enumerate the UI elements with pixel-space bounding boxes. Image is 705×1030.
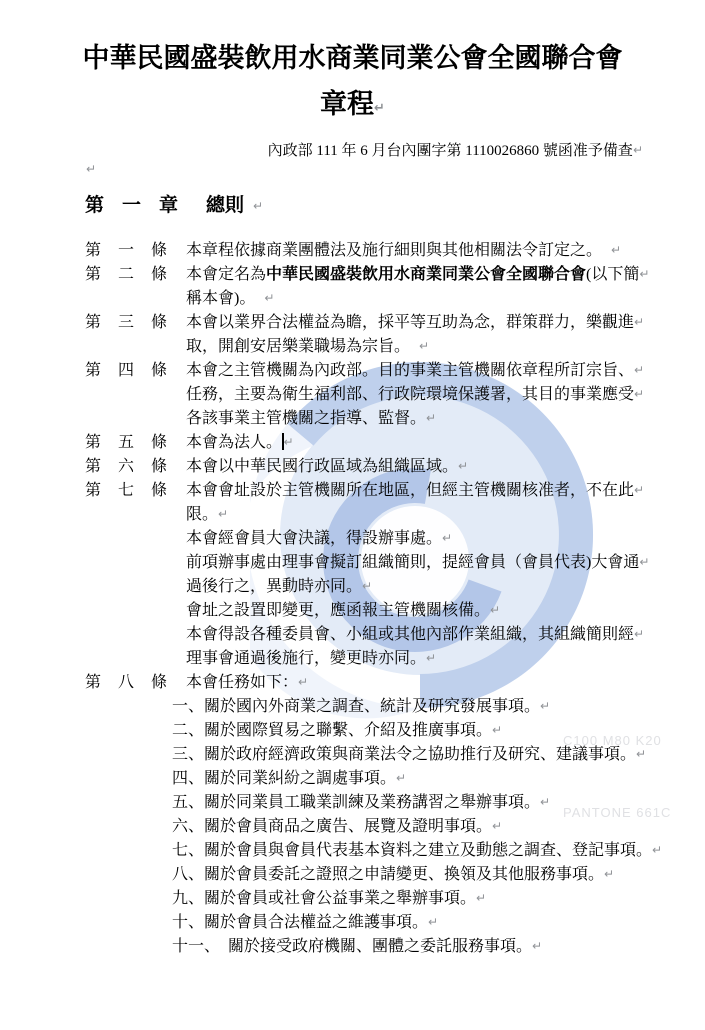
paragraph-mark-icon: ↵ <box>458 459 468 473</box>
title-text: 章程 <box>320 89 374 119</box>
line-text: 二、關於國際貿易之聯繫、介紹及推廣事項。 <box>172 722 492 739</box>
paragraph-mark-icon: ↵ <box>426 651 436 665</box>
article-number: 八 <box>118 671 151 695</box>
article-suffix: 條 <box>151 263 186 287</box>
article-prefix: 第 <box>85 239 118 263</box>
paragraph-mark-icon: ↵ <box>652 843 662 857</box>
empty-paragraph[interactable]: ↵ <box>0 161 705 178</box>
line-text: 七、關於會員與會員代表基本資料之建立及動態之調查、登記事項。 <box>172 842 652 859</box>
article-prefix: 第 <box>85 479 118 503</box>
line-text: 三、關於政府經濟政策與商業法令之協助推行及研究、建議事項。 <box>172 746 636 763</box>
paragraph-mark-icon: ↵ <box>540 699 550 713</box>
list-item-line[interactable]: 四、關於同業糾紛之調處事項。↵ <box>0 766 705 790</box>
article-number: 七 <box>118 479 151 503</box>
continuation-line[interactable]: 限。↵ <box>0 502 705 526</box>
approval-note: 內政部 111 年 6 月台內團字第 1110026860 號函准予備查↵ <box>0 141 705 161</box>
list-item-line[interactable]: 一、關於國內外商業之調查、統計及研究發展事項。↵ <box>0 694 705 718</box>
paragraph-mark-icon: ↵ <box>636 747 646 761</box>
paragraph-mark-icon: ↵ <box>218 507 228 521</box>
chapter-title: 總則 <box>206 195 244 216</box>
list-item-line[interactable]: 八、關於會員委託之證照之申請變更、換領及其他服務事項。↵ <box>0 862 705 886</box>
article-line[interactable]: 第四條本會之主管機關為內政部。目的事業主管機關依章程所訂宗旨、↵ <box>0 358 705 382</box>
article-line[interactable]: 第八條本會任務如下：↵ <box>0 670 705 694</box>
paragraph-mark-icon: ↵ <box>426 411 436 425</box>
line-text: 八、關於會員委託之證照之申請變更、換領及其他服務事項。 <box>172 866 604 883</box>
continuation-line[interactable]: 各該事業主管機關之指導、監督。↵ <box>0 406 705 430</box>
continuation-line[interactable]: 取，開創安居樂業職場為宗旨。↵ <box>0 334 705 358</box>
paragraph-mark-icon: ↵ <box>264 291 274 305</box>
paragraph-mark-icon: ↵ <box>639 555 649 569</box>
paragraph-mark-icon: ↵ <box>604 867 614 881</box>
line-text: 過後行之，異動時亦同。 <box>186 578 362 595</box>
article-suffix: 條 <box>151 311 186 335</box>
list-item-line[interactable]: 五、關於同業員工職業訓練及業務講習之舉辦事項。↵ <box>0 790 705 814</box>
article-number: 一 <box>118 239 151 263</box>
article-prefix: 第 <box>85 359 118 383</box>
document-title-line2: 章程↵ <box>0 87 705 126</box>
paragraph-mark-icon: ↵ <box>374 101 385 116</box>
paragraph-mark-icon: ↵ <box>442 531 452 545</box>
article-number: 六 <box>118 455 151 479</box>
paragraph-mark-icon: ↵ <box>540 795 550 809</box>
continuation-line[interactable]: 本會得設各種委員會、小組或其他內部作業組織，其組織簡則經↵ <box>0 622 705 646</box>
paragraph-mark-icon: ↵ <box>634 363 644 377</box>
list-item-line[interactable]: 九、關於會員或社會公益事業之舉辦事項。↵ <box>0 886 705 910</box>
article-suffix: 條 <box>151 239 186 263</box>
paragraph-mark-icon: ↵ <box>633 143 643 157</box>
paragraph-mark-icon: ↵ <box>86 162 96 176</box>
article-prefix: 第 <box>85 671 118 695</box>
article-number: 五 <box>118 431 151 455</box>
line-text: 本會為法人。 <box>186 434 282 451</box>
paragraph-mark-icon: ↵ <box>634 387 644 401</box>
article-number: 三 <box>118 311 151 335</box>
paragraph-mark-icon: ↵ <box>253 199 263 213</box>
line-text: 本會定名為 <box>186 266 266 283</box>
approval-text: 內政部 111 年 6 月台內團字第 1110026860 號函准予備查 <box>268 143 633 159</box>
paragraph-mark-icon: ↵ <box>362 579 372 593</box>
chapter-heading[interactable]: 第一章總則↵ <box>0 192 705 220</box>
continuation-line[interactable]: 本會經會員大會決議，得設辦事處。↵ <box>0 526 705 550</box>
continuation-line[interactable]: 過後行之，異動時亦同。↵ <box>0 574 705 598</box>
paragraph-mark-icon: ↵ <box>634 315 644 329</box>
article-suffix: 條 <box>151 479 186 503</box>
list-item-line[interactable]: 二、關於國際貿易之聯繫、介紹及推廣事項。↵ <box>0 718 705 742</box>
paragraph-mark-icon: ↵ <box>396 771 406 785</box>
article-line[interactable]: 第七條本會會址設於主管機關所在地區，但經主管機關核准者，不在此↵ <box>0 478 705 502</box>
line-text: 取，開創安居樂業職場為宗旨。 <box>186 338 410 355</box>
article-line[interactable]: 第三條本會以業界合法權益為瞻，採平等互助為念，群策群力，樂觀進↵ <box>0 310 705 334</box>
line-text: 中華民國盛裝飲用水商業同業公會全國聯合會 <box>266 266 586 283</box>
line-text: 六、關於會員商品之廣告、展覽及證明事項。 <box>172 818 492 835</box>
line-text: 本會以業界合法權益為瞻，採平等互助為念，群策群力，樂觀進 <box>186 314 634 331</box>
paragraph-mark-icon: ↵ <box>634 483 644 497</box>
article-number: 二 <box>118 263 151 287</box>
paragraph-mark-icon: ↵ <box>492 723 502 737</box>
continuation-line[interactable]: 前項辦事處由理事會擬訂組織簡則，提經會員（會員代表)大會通↵ <box>0 550 705 574</box>
line-text: 前項辦事處由理事會擬訂組織簡則，提經會員（會員代表)大會通 <box>186 554 639 571</box>
line-text: 理事會通過後施行，變更時亦同。 <box>186 650 426 667</box>
paragraph-mark-icon: ↵ <box>634 627 644 641</box>
line-text: 本章程依據商業團體法及施行細則與其他相關法令訂定之。 <box>186 242 602 259</box>
line-text: 任務，主要為衛生福利部、行政院環境保護署，其目的事業應受 <box>186 386 634 403</box>
article-suffix: 條 <box>151 671 186 695</box>
paragraph-mark-icon: ↵ <box>476 891 486 905</box>
article-prefix: 第 <box>85 455 118 479</box>
paragraph-mark-icon: ↵ <box>532 939 542 953</box>
document-body: 第一條本章程依據商業團體法及施行細則與其他相關法令訂定之。↵第二條本會定名為中華… <box>0 238 705 958</box>
line-text: 十、關於會員合法權益之維護事項。 <box>172 914 428 931</box>
article-suffix: 條 <box>151 431 186 455</box>
line-text: 五、關於同業員工職業訓練及業務講習之舉辦事項。 <box>172 794 540 811</box>
line-text: 本會得設各種委員會、小組或其他內部作業組織，其組織簡則經 <box>186 626 634 643</box>
paragraph-mark-icon: ↵ <box>492 819 502 833</box>
line-text: 一、關於國內外商業之調查、統計及研究發展事項。 <box>172 698 540 715</box>
list-item-line[interactable]: 十一、 關於接受政府機關、團體之委託服務事項。↵ <box>0 934 705 958</box>
article-prefix: 第 <box>85 263 118 287</box>
list-item-line[interactable]: 三、關於政府經濟政策與商業法令之協助推行及研究、建議事項。↵ <box>0 742 705 766</box>
paragraph-mark-icon: ↵ <box>639 267 649 281</box>
paragraph-mark-icon: ↵ <box>611 243 621 257</box>
continuation-line[interactable]: 會址之設置即變更，應函報主管機關核備。↵ <box>0 598 705 622</box>
continuation-line[interactable]: 理事會通過後施行，變更時亦同。↵ <box>0 646 705 670</box>
paragraph-mark-icon: ↵ <box>284 435 294 449</box>
line-text: 各該事業主管機關之指導、監督。 <box>186 410 426 427</box>
article-prefix: 第 <box>85 311 118 335</box>
paragraph-mark-icon: ↵ <box>428 915 438 929</box>
continuation-line[interactable]: 稱本會)。↵ <box>0 286 705 310</box>
article-line[interactable]: 第五條本會為法人。↵ <box>0 430 705 454</box>
line-text: 本會任務如下： <box>186 674 298 691</box>
article-suffix: 條 <box>151 455 186 479</box>
paragraph-mark-icon: ↵ <box>490 603 500 617</box>
article-line[interactable]: 第二條本會定名為中華民國盛裝飲用水商業同業公會全國聯合會(以下簡↵ <box>0 262 705 286</box>
line-text: 限。 <box>186 506 218 523</box>
line-text: 會址之設置即變更，應函報主管機關核備。 <box>186 602 490 619</box>
line-text: 九、關於會員或社會公益事業之舉辦事項。 <box>172 890 476 907</box>
line-text: 稱本會)。 <box>186 290 255 307</box>
article-line[interactable]: 第一條本章程依據商業團體法及施行細則與其他相關法令訂定之。↵ <box>0 238 705 262</box>
document-page[interactable]: C100 M80 K20 PANTONE 661C 中華民國盛裝飲用水商業同業公… <box>0 0 705 1030</box>
chapter-prefix: 第 <box>85 192 122 219</box>
article-number: 四 <box>118 359 151 383</box>
list-item-line[interactable]: 六、關於會員商品之廣告、展覽及證明事項。↵ <box>0 814 705 838</box>
line-text: 本會會址設於主管機關所在地區，但經主管機關核准者，不在此 <box>186 482 634 499</box>
paragraph-mark-icon: ↵ <box>298 675 308 689</box>
line-text: 本會之主管機關為內政部。目的事業主管機關依章程所訂宗旨、 <box>186 362 634 379</box>
line-text: (以下簡 <box>586 266 639 283</box>
list-item-line[interactable]: 七、關於會員與會員代表基本資料之建立及動態之調查、登記事項。↵ <box>0 838 705 862</box>
continuation-line[interactable]: 任務，主要為衛生福利部、行政院環境保護署，其目的事業應受↵ <box>0 382 705 406</box>
chapter-number: 一 <box>122 192 159 219</box>
document-title-line1: 中華民國盛裝飲用水商業同業公會全國聯合會 <box>0 0 705 75</box>
chapter-suffix: 章 <box>159 192 206 219</box>
line-text: 四、關於同業糾紛之調處事項。 <box>172 770 396 787</box>
list-item-line[interactable]: 十、關於會員合法權益之維護事項。↵ <box>0 910 705 934</box>
line-text: 本會以中華民國行政區域為組織區域。 <box>186 458 458 475</box>
line-text: 本會經會員大會決議，得設辦事處。 <box>186 530 442 547</box>
line-text: 十一、 關於接受政府機關、團體之委託服務事項。 <box>172 938 532 955</box>
article-suffix: 條 <box>151 359 186 383</box>
article-line[interactable]: 第六條本會以中華民國行政區域為組織區域。↵ <box>0 454 705 478</box>
paragraph-mark-icon: ↵ <box>419 339 429 353</box>
article-prefix: 第 <box>85 431 118 455</box>
